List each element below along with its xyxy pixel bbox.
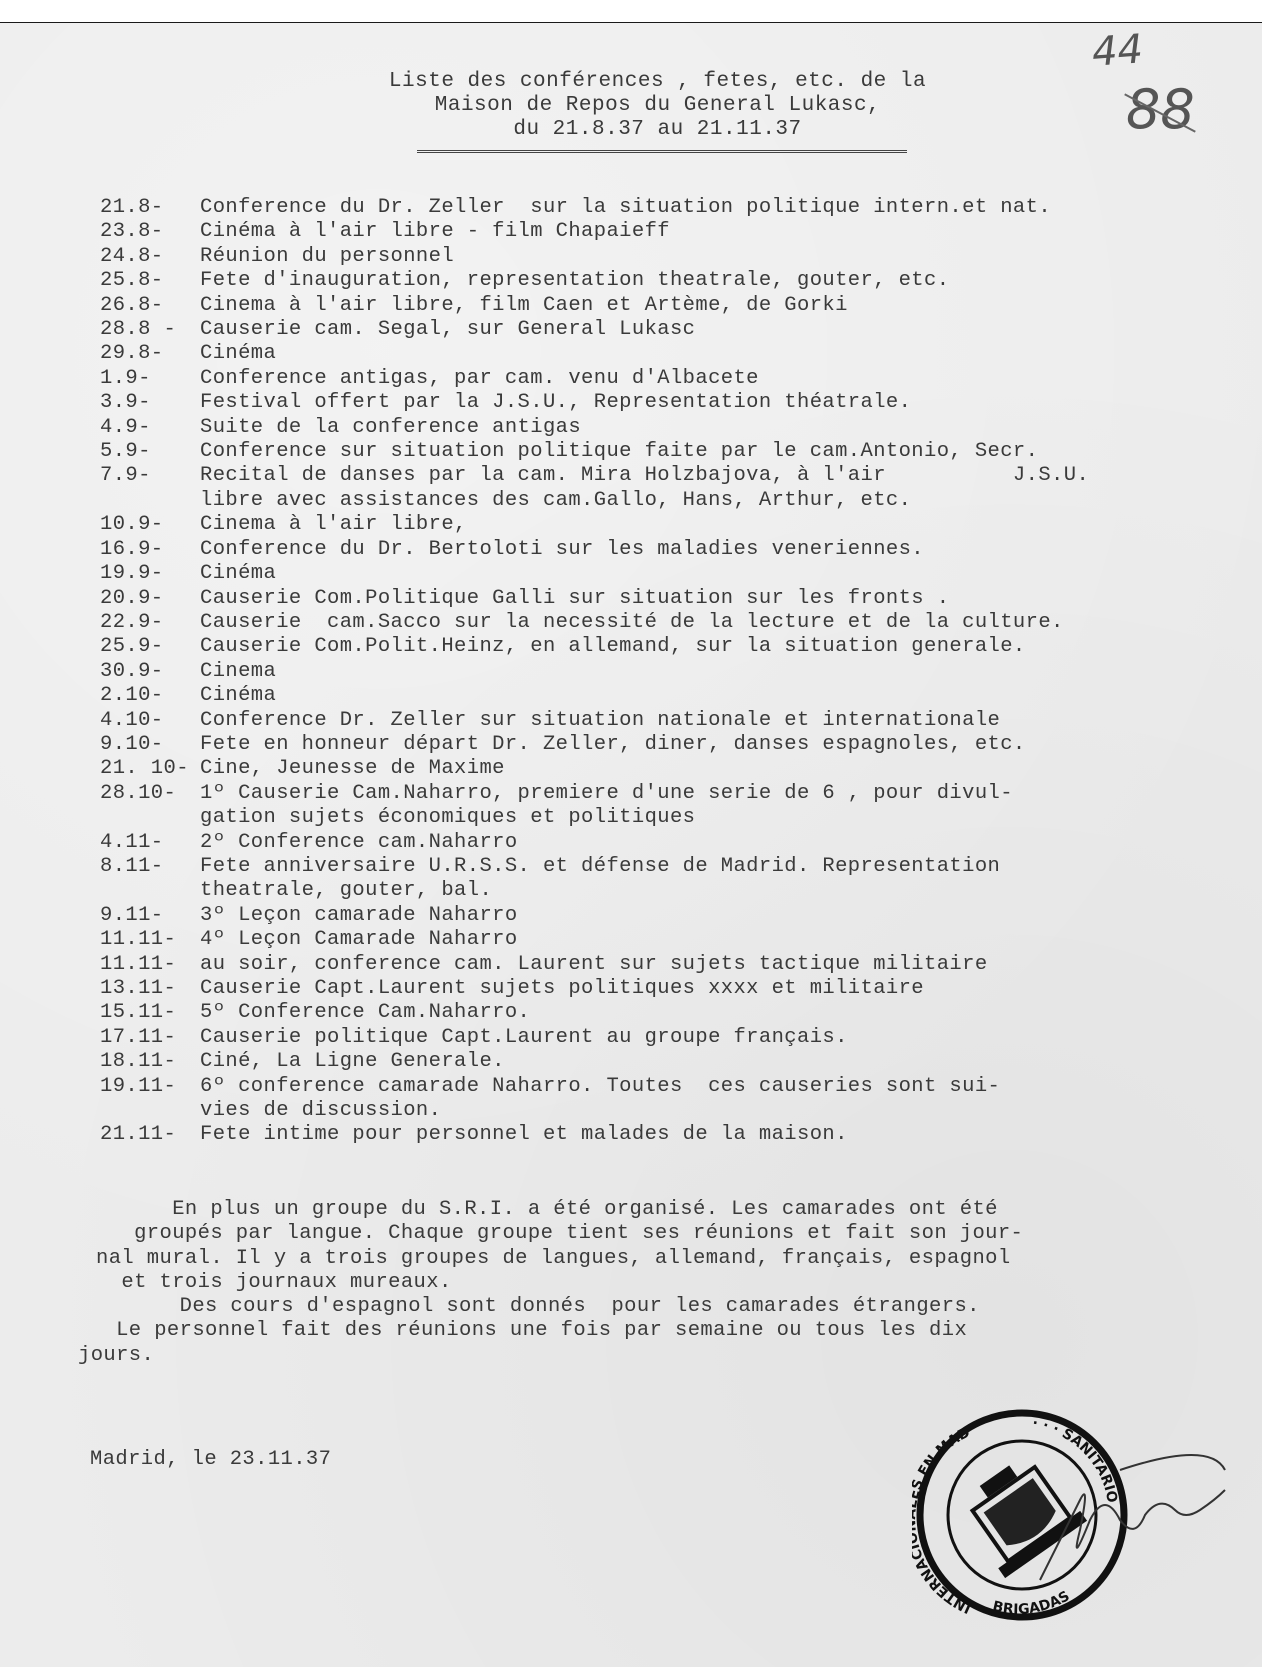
document-title: Liste des conférences , fetes, etc. de l… xyxy=(0,70,1285,142)
event-date: 18.11- xyxy=(100,1050,200,1074)
event-date: 15.11- xyxy=(100,1001,200,1025)
event-entry: 9.11-3º Leçon camarade Naharro xyxy=(100,904,1230,928)
event-description: au soir, conference cam. Laurent sur suj… xyxy=(200,953,988,977)
event-description: Recital de danses par la cam. Mira Holzb… xyxy=(200,464,1089,488)
event-date: 5.9- xyxy=(100,440,200,464)
event-entry: 7.9-Recital de danses par la cam. Mira H… xyxy=(100,464,1230,488)
event-entry: 4.10-Conference Dr. Zeller sur situation… xyxy=(100,709,1230,733)
event-date: 26.8- xyxy=(100,294,200,318)
event-date: 7.9- xyxy=(100,464,200,488)
event-description: 3º Leçon camarade Naharro xyxy=(200,904,518,928)
place-and-date: Madrid, le 23.11.37 xyxy=(90,1448,331,1471)
event-description: Conference antigas, par cam. venu d'Alba… xyxy=(200,367,759,391)
event-description: Cinema xyxy=(200,660,276,684)
event-entry: 21.11-Fete intime pour personnel et mala… xyxy=(100,1123,1230,1147)
event-date: 20.9- xyxy=(100,587,200,611)
event-date: 22.9- xyxy=(100,611,200,635)
event-entry: 11.11-4º Leçon Camarade Naharro xyxy=(100,928,1230,952)
event-description: Cinéma xyxy=(200,562,276,586)
event-description: Causerie Com.Politique Galli sur situati… xyxy=(200,587,949,611)
event-entry: 25.8-Fete d'inauguration, representation… xyxy=(100,269,1230,293)
event-date: 17.11- xyxy=(100,1026,200,1050)
event-description: Réunion du personnel xyxy=(200,245,454,269)
paragraph-line: et trois journaux mureaux. xyxy=(96,1271,1023,1295)
event-date: 9.11- xyxy=(100,904,200,928)
event-entry: 23.8-Cinéma à l'air libre - film Chapaie… xyxy=(100,220,1230,244)
svg-text:BRIGADAS: BRIGADAS xyxy=(991,1588,1072,1618)
event-description: vies de discussion. xyxy=(200,1099,441,1123)
event-date: 10.9- xyxy=(100,513,200,537)
paragraph-spanish-courses: Des cours d'espagnol sont donnés pour le… xyxy=(78,1295,980,1368)
paragraph-line: nal mural. Il y a trois groupes de langu… xyxy=(96,1247,1023,1271)
event-entry: 13.11-Causerie Capt.Laurent sujets polit… xyxy=(100,977,1230,1001)
event-description: Cinema à l'air libre, film Caen et Artèm… xyxy=(200,294,848,318)
event-date: 19.9- xyxy=(100,562,200,586)
event-entry: 3.9-Festival offert par la J.S.U., Repre… xyxy=(100,391,1230,415)
event-date: 28.10- xyxy=(100,782,200,806)
event-entry: 20.9-Causerie Com.Politique Galli sur si… xyxy=(100,587,1230,611)
event-date: 4.10- xyxy=(100,709,200,733)
event-description: gation sujets économiques et politiques xyxy=(200,806,695,830)
event-date xyxy=(100,489,200,513)
event-description: Causerie cam.Sacco sur la necessité de l… xyxy=(200,611,1064,635)
event-date: 2.10- xyxy=(100,684,200,708)
event-entry-continuation: theatrale, gouter, bal. xyxy=(100,879,1230,903)
event-entry: 21. 10-Cine, Jeunesse de Maxime xyxy=(100,757,1230,781)
event-description: Festival offert par la J.S.U., Represent… xyxy=(200,391,911,415)
event-date: 28.8 - xyxy=(100,318,200,342)
event-description: Fete intime pour personnel et malades de… xyxy=(200,1123,848,1147)
event-description: libre avec assistances des cam.Gallo, Ha… xyxy=(200,489,911,513)
event-description: Ciné, La Ligne Generale. xyxy=(200,1050,505,1074)
event-description: Cinéma à l'air libre - film Chapaieff xyxy=(200,220,670,244)
event-entry: 19.11-6º conference camarade Naharro. To… xyxy=(100,1075,1230,1099)
event-entry: 5.9-Conference sur situation politique f… xyxy=(100,440,1230,464)
title-underline xyxy=(417,150,907,153)
event-description: 6º conference camarade Naharro. Toutes c… xyxy=(200,1075,1000,1099)
paragraph-line: Le personnel fait des réunions une fois … xyxy=(78,1319,980,1343)
event-date: 4.11- xyxy=(100,831,200,855)
event-description: Suite de la conference antigas xyxy=(200,416,581,440)
event-entry: 8.11-Fete anniversaire U.R.S.S. et défen… xyxy=(100,855,1230,879)
event-date: 1.9- xyxy=(100,367,200,391)
paragraph-line: groupés par langue. Chaque groupe tient … xyxy=(96,1222,1023,1246)
event-entry: 24.8-Réunion du personnel xyxy=(100,245,1230,269)
event-entry: 1.9-Conference antigas, par cam. venu d'… xyxy=(100,367,1230,391)
event-entry: 25.9-Causerie Com.Polit.Heinz, en allema… xyxy=(100,635,1230,659)
event-date xyxy=(100,1099,200,1123)
event-date xyxy=(100,806,200,830)
event-date: 19.11- xyxy=(100,1075,200,1099)
event-description: Conference Dr. Zeller sur situation nati… xyxy=(200,709,1000,733)
event-entry: 28.8 -Causerie cam. Segal, sur General L… xyxy=(100,318,1230,342)
paragraph-line: jours. xyxy=(78,1344,980,1368)
event-description: 2º Conference cam.Naharro xyxy=(200,831,518,855)
event-entry: 29.8-Cinéma xyxy=(100,342,1230,366)
event-entry: 22.9-Causerie cam.Sacco sur la necessité… xyxy=(100,611,1230,635)
event-date: 21. 10- xyxy=(100,757,200,781)
paragraph-sri-groups: En plus un groupe du S.R.I. a été organi… xyxy=(96,1198,1023,1296)
event-entry-continuation: gation sujets économiques et politiques xyxy=(100,806,1230,830)
event-date: 8.11- xyxy=(100,855,200,879)
event-description: Causerie cam. Segal, sur General Lukasc xyxy=(200,318,695,342)
event-entry: 18.11-Ciné, La Ligne Generale. xyxy=(100,1050,1230,1074)
event-description: Fete anniversaire U.R.S.S. et défense de… xyxy=(200,855,1000,879)
event-entry-continuation: libre avec assistances des cam.Gallo, Ha… xyxy=(100,489,1230,513)
event-entry: 26.8-Cinema à l'air libre, film Caen et … xyxy=(100,294,1230,318)
event-entry: 2.10-Cinéma xyxy=(100,684,1230,708)
event-list: 21.8-Conference du Dr. Zeller sur la sit… xyxy=(100,196,1230,1148)
event-description: Conference du Dr. Zeller sur la situatio… xyxy=(200,196,1051,220)
event-date: 24.8- xyxy=(100,245,200,269)
event-description: 5º Conference Cam.Naharro. xyxy=(200,1001,530,1025)
handwritten-signature xyxy=(1010,1440,1230,1590)
event-description: Cinéma xyxy=(200,684,276,708)
event-description: Causerie Com.Polit.Heinz, en allemand, s… xyxy=(200,635,1026,659)
event-date: 30.9- xyxy=(100,660,200,684)
event-description: Cinéma xyxy=(200,342,276,366)
event-description: Cinema à l'air libre, xyxy=(200,513,467,537)
event-entry: 15.11-5º Conference Cam.Naharro. xyxy=(100,1001,1230,1025)
event-description: Causerie politique Capt.Laurent au group… xyxy=(200,1026,848,1050)
event-date: 25.9- xyxy=(100,635,200,659)
event-date: 3.9- xyxy=(100,391,200,415)
event-entry: 4.9-Suite de la conference antigas xyxy=(100,416,1230,440)
event-description: 4º Leçon Camarade Naharro xyxy=(200,928,518,952)
title-line: Liste des conférences , fetes, etc. de l… xyxy=(0,70,1285,94)
event-date: 25.8- xyxy=(100,269,200,293)
event-date: 9.10- xyxy=(100,733,200,757)
event-entry: 17.11-Causerie politique Capt.Laurent au… xyxy=(100,1026,1230,1050)
event-entry: 4.11-2º Conference cam.Naharro xyxy=(100,831,1230,855)
event-description: Causerie Capt.Laurent sujets politiques … xyxy=(200,977,924,1001)
event-date: 11.11- xyxy=(100,928,200,952)
event-date: 21.11- xyxy=(100,1123,200,1147)
event-date: 13.11- xyxy=(100,977,200,1001)
event-description: Fete d'inauguration, representation thea… xyxy=(200,269,949,293)
event-entry-continuation: vies de discussion. xyxy=(100,1099,1230,1123)
event-description: Fete en honneur départ Dr. Zeller, diner… xyxy=(200,733,1026,757)
event-description: Conference sur situation politique faite… xyxy=(200,440,1038,464)
pencil-page-number: 44 xyxy=(1090,26,1144,75)
paragraph-line: En plus un groupe du S.R.I. a été organi… xyxy=(96,1198,1023,1222)
event-entry: 28.10-1º Causerie Cam.Naharro, premiere … xyxy=(100,782,1230,806)
event-date: 23.8- xyxy=(100,220,200,244)
event-date: 16.9- xyxy=(100,538,200,562)
event-entry: 9.10-Fete en honneur départ Dr. Zeller, … xyxy=(100,733,1230,757)
event-entry: 19.9-Cinéma xyxy=(100,562,1230,586)
event-description: theatrale, gouter, bal. xyxy=(200,879,492,903)
title-line: Maison de Repos du General Lukasc, xyxy=(0,94,1285,118)
event-entry: 30.9-Cinema xyxy=(100,660,1230,684)
event-date: 11.11- xyxy=(100,953,200,977)
paragraph-line: Des cours d'espagnol sont donnés pour le… xyxy=(78,1295,980,1319)
event-date: 21.8- xyxy=(100,196,200,220)
event-date: 29.8- xyxy=(100,342,200,366)
event-description: 1º Causerie Cam.Naharro, premiere d'une … xyxy=(200,782,1013,806)
event-entry: 10.9-Cinema à l'air libre, xyxy=(100,513,1230,537)
event-date: 4.9- xyxy=(100,416,200,440)
event-date xyxy=(100,879,200,903)
event-description: Cine, Jeunesse de Maxime xyxy=(200,757,505,781)
event-entry: 16.9-Conference du Dr. Bertoloti sur les… xyxy=(100,538,1230,562)
title-line: du 21.8.37 au 21.11.37 xyxy=(0,118,1285,142)
event-entry: 11.11-au soir, conference cam. Laurent s… xyxy=(100,953,1230,977)
event-entry: 21.8-Conference du Dr. Zeller sur la sit… xyxy=(100,196,1230,220)
event-description: Conference du Dr. Bertoloti sur les mala… xyxy=(200,538,924,562)
